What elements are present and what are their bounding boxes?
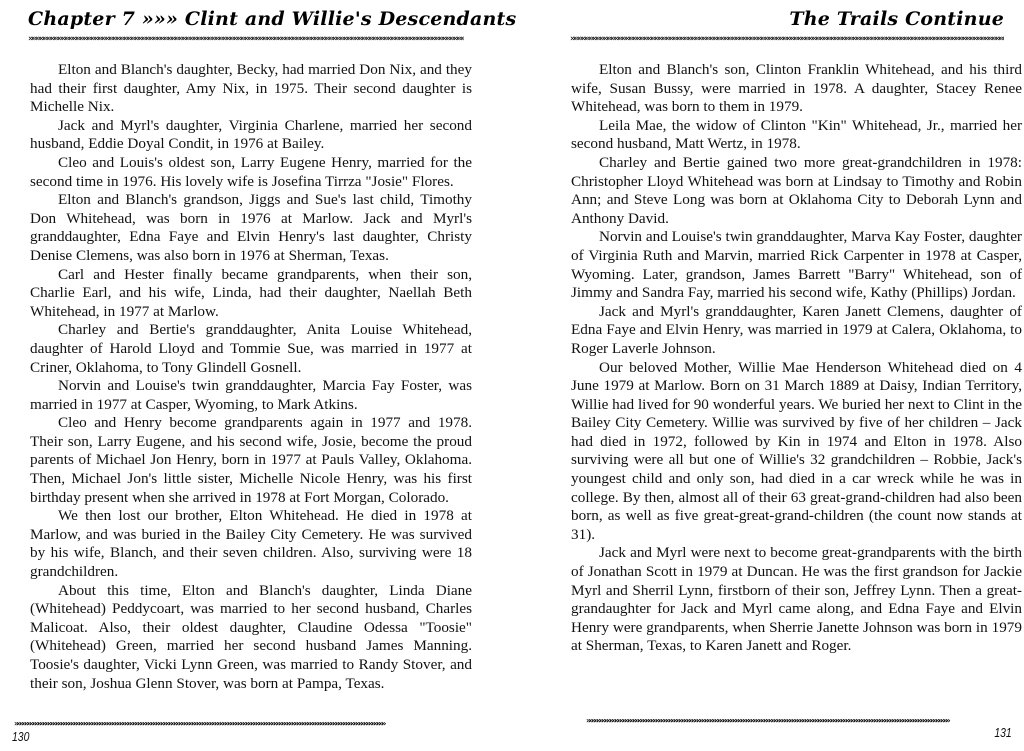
paragraph: Carl and Hester finally became grandpare… [30, 266, 472, 322]
page-number: 130 [12, 729, 29, 744]
paragraph: Cleo and Henry become grandparents again… [30, 414, 472, 507]
paragraph: Jack and Myrl were next to become great-… [571, 544, 1022, 656]
header-chevron-rule: »»»»»»»»»»»»»»»»»»»»»»»»»»»»»»»»»»»»»»»»… [570, 34, 1004, 44]
paragraph: Our beloved Mother, Willie Mae Henderson… [571, 359, 1022, 545]
paragraph: Elton and Blanch's son, Clinton Franklin… [571, 61, 1022, 117]
paragraph: Norvin and Louise's twin granddaughter, … [30, 377, 472, 414]
paragraph: Elton and Blanch's grandson, Jiggs and S… [30, 191, 472, 265]
paragraph: Cleo and Louis's oldest son, Larry Eugen… [30, 154, 472, 191]
paragraph: Charley and Bertie's granddaughter, Anit… [30, 321, 472, 377]
paragraph: Norvin and Louise's twin granddaughter, … [571, 228, 1022, 302]
paragraph: Jack and Myrl's daughter, Virginia Charl… [30, 117, 472, 154]
left-page: Chapter 7 »»» Clint and Willie's Descend… [0, 0, 512, 751]
right-page-body: Elton and Blanch's son, Clinton Franklin… [571, 61, 1022, 656]
paragraph: Jack and Myrl's granddaughter, Karen Jan… [571, 303, 1022, 359]
header-chevron-rule: »»»»»»»»»»»»»»»»»»»»»»»»»»»»»»»»»»»»»»»»… [28, 34, 464, 44]
paragraph: Elton and Blanch's daughter, Becky, had … [30, 61, 472, 117]
right-page: The Trails Continue »»»»»»»»»»»»»»»»»»»»… [512, 0, 1024, 751]
left-page-body: Elton and Blanch's daughter, Becky, had … [30, 61, 472, 693]
chapter-running-head: Chapter 7 »»» Clint and Willie's Descend… [28, 8, 516, 30]
footer-chevron-rule: »»»»»»»»»»»»»»»»»»»»»»»»»»»»»»»»»»»»»»»»… [586, 716, 1020, 726]
footer-chevron-rule: »»»»»»»»»»»»»»»»»»»»»»»»»»»»»»»»»»»»»»»»… [14, 719, 474, 729]
paragraph: Charley and Bertie gained two more great… [571, 154, 1022, 228]
paragraph: About this time, Elton and Blanch's daug… [30, 582, 472, 694]
section-running-head: The Trails Continue [789, 8, 1004, 30]
paragraph: We then lost our brother, Elton Whitehea… [30, 507, 472, 581]
paragraph: Leila Mae, the widow of Clinton "Kin" Wh… [571, 117, 1022, 154]
page-number: 131 [995, 725, 1012, 740]
